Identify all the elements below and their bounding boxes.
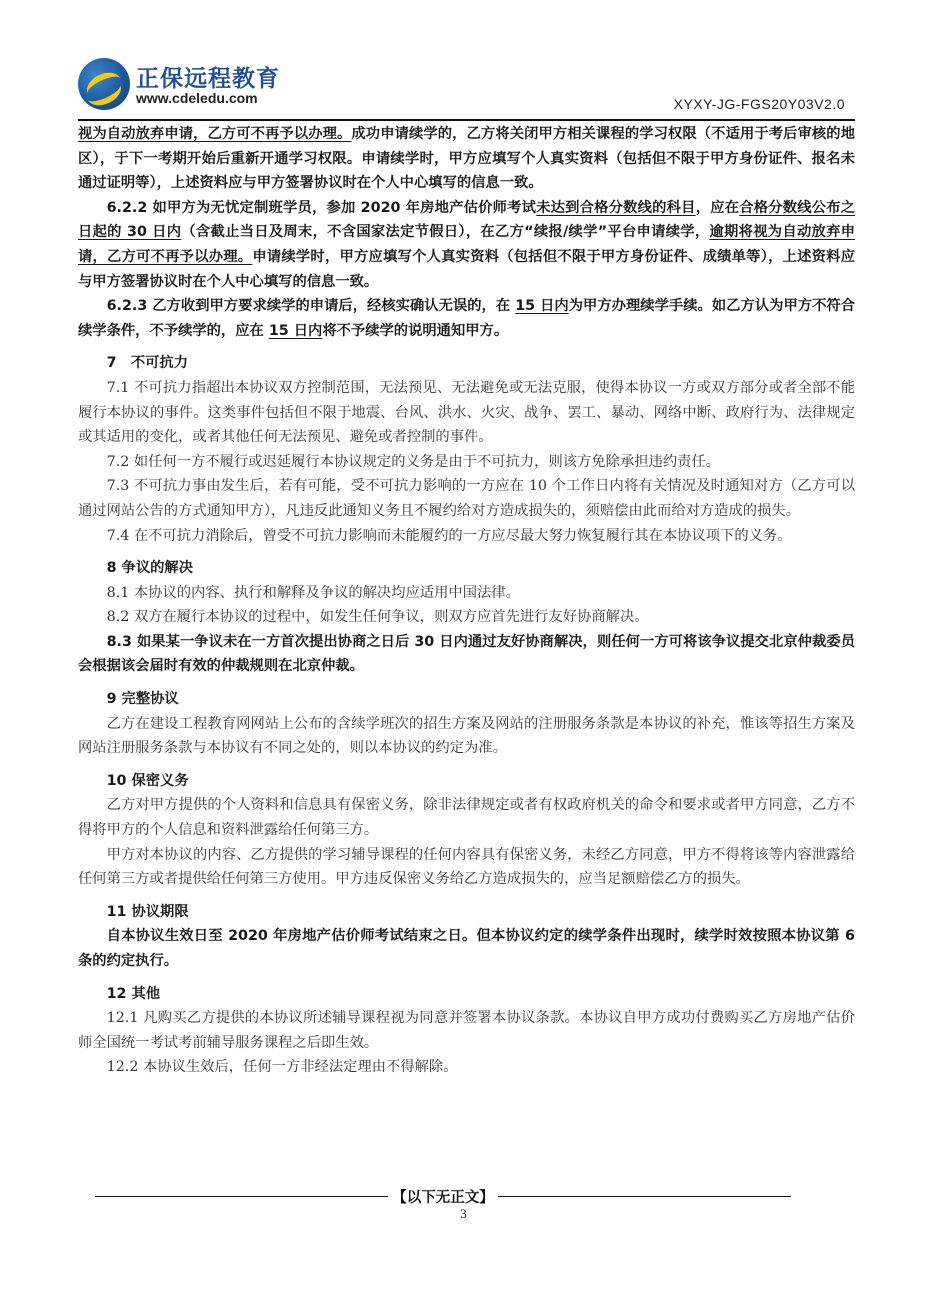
- section-11-heading: 11 协议期限: [78, 900, 855, 925]
- header-divider: [78, 119, 855, 121]
- underlined-text: 视为自动放弃申请，乙方可不再予以办理。: [78, 126, 351, 142]
- clause-7-3: 7.3 不可抗力事由发生后，若有可能，受不可抗力影响的一方应在 10 个工作日内…: [78, 474, 855, 523]
- section-8-heading: 8 争议的解决: [78, 556, 855, 581]
- brand-url: www.cdeledu.com: [136, 90, 258, 106]
- end-of-text-label: 【以下无正文】: [388, 1186, 498, 1207]
- clause-12-2: 12.2 本协议生效后，任何一方非经法定理由不得解除。: [78, 1055, 855, 1080]
- continuation-paragraph: 视为自动放弃申请，乙方可不再予以办理。成功申请续学的，乙方将关闭甲方相关课程的学…: [78, 122, 855, 196]
- page-header: 正保远程教育 www.cdeledu.com XYXY-JG-FGS20Y03V…: [78, 58, 855, 118]
- section-9-paragraph: 乙方在建设工程教育网网站上公布的含续学班次的招生方案及网站的注册服务条款是本协议…: [78, 712, 855, 761]
- document-code: XYXY-JG-FGS20Y03V2.0: [674, 96, 845, 112]
- document-body: 视为自动放弃申请，乙方可不再予以办理。成功申请续学的，乙方将关闭甲方相关课程的学…: [78, 122, 855, 1080]
- divider-left: [95, 1196, 388, 1197]
- clause-7-2: 7.2 如任何一方不履行或迟延履行本协议规定的义务是由于不可抗力，则该方免除承担…: [78, 450, 855, 475]
- clause-8-3: 8.3 如果某一争议未在一方首次提出协商之日后 30 日内通过友好协商解决，则任…: [78, 630, 855, 679]
- brand-name: 正保远程教育: [136, 60, 280, 93]
- section-10-paragraph-2: 甲方对本协议的内容、乙方提供的学习辅导课程的任何内容具有保密义务，未经乙方同意，…: [78, 843, 855, 892]
- section-11-paragraph: 自本协议生效日至 2020 年房地产估价师考试结束之日。但本协议约定的续学条件出…: [78, 924, 855, 973]
- section-12-heading: 12 其他: [78, 982, 855, 1007]
- section-7-heading: 7 不可抗力: [78, 351, 855, 376]
- clause-6-2-3: 6.2.3 乙方收到甲方要求续学的申请后，经核实确认无误的，在 15 日内为甲方…: [78, 294, 855, 343]
- section-10-heading: 10 保密义务: [78, 769, 855, 794]
- page-number: 3: [0, 1206, 927, 1222]
- section-10-paragraph-1: 乙方对甲方提供的个人资料和信息具有保密义务，除非法律规定或者有权政府机关的命令和…: [78, 793, 855, 842]
- document-page: 正保远程教育 www.cdeledu.com XYXY-JG-FGS20Y03V…: [0, 0, 927, 1306]
- end-of-text-marker: 【以下无正文】: [95, 1186, 791, 1206]
- clause-7-4: 7.4 在不可抗力消除后，曾受不可抗力影响而未能履约的一方应尽最大努力恢复履行其…: [78, 524, 855, 549]
- clause-8-1: 8.1 本协议的内容、执行和解释及争议的解决均应适用中国法律。: [78, 581, 855, 606]
- clause-12-1: 12.1 凡购买乙方提供的本协议所述辅导课程视为同意并签署本协议条款。本协议自甲…: [78, 1006, 855, 1055]
- clause-6-2-2: 6.2.2 如甲方为无忧定制班学员，参加 2020 年房地产估价师考试未达到合格…: [78, 196, 855, 294]
- clause-8-2: 8.2 双方在履行本协议的过程中，如发生任何争议，则双方应首先进行友好协商解决。: [78, 605, 855, 630]
- divider-right: [498, 1196, 791, 1197]
- clause-7-1: 7.1 不可抗力指超出本协议双方控制范围，无法预见、无法避免或无法克服，使得本协…: [78, 376, 855, 450]
- section-9-heading: 9 完整协议: [78, 687, 855, 712]
- cdeledu-logo-icon: [78, 58, 130, 110]
